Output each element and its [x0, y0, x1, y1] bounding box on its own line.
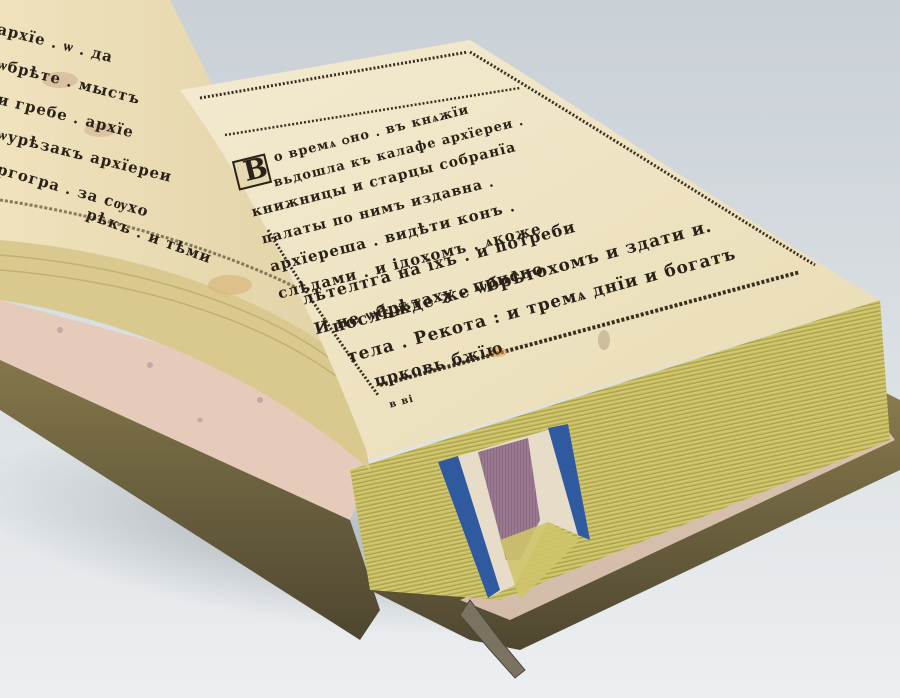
photo-scene: В о времѧ ѻно . въ кнѧжїи вьдошла къ кал…: [0, 0, 900, 698]
image-description: Open antique Church Slavonic printed boo…: [10, 681, 301, 692]
